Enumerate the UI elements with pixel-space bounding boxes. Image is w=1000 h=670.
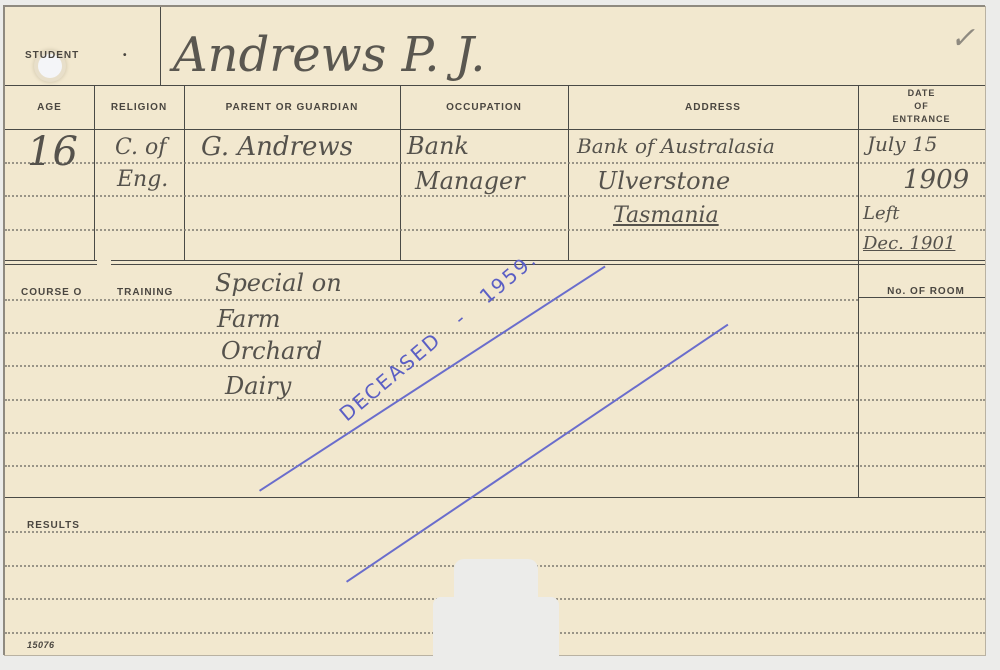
- dotted-rule: [5, 365, 985, 367]
- header-religion: RELIGION: [94, 101, 184, 114]
- entry-date-1: July 15: [867, 132, 937, 156]
- entry-date-3: Left: [863, 203, 900, 224]
- course-label-1: COURSE O: [21, 286, 82, 299]
- dotted-rule: [5, 162, 985, 164]
- dotted-rule: [5, 531, 985, 533]
- course-line-4: Dairy: [225, 372, 291, 400]
- section-line: [5, 264, 97, 265]
- student-name: Andrews P. J.: [173, 27, 486, 83]
- dotted-rule: [5, 229, 985, 231]
- dotted-rule: [5, 195, 985, 197]
- header-age: AGE: [5, 101, 94, 114]
- card-notch-lower: [433, 597, 559, 657]
- section-line: [111, 264, 985, 265]
- dotted-rule: [5, 465, 985, 467]
- student-label: STUDENT: [25, 49, 79, 62]
- header-bottom-line: [5, 129, 985, 130]
- course-label-2: TRAINING: [117, 286, 173, 299]
- room-underline: [858, 297, 985, 298]
- header-occupation: OCCUPATION: [400, 101, 568, 114]
- header-address: ADDRESS: [568, 101, 858, 114]
- name-divider: [160, 7, 161, 85]
- checkmark: ✓: [950, 21, 975, 56]
- entry-parent: G. Andrews: [201, 132, 353, 162]
- course-line-3: Orchard: [221, 337, 322, 365]
- section-line: [5, 497, 985, 498]
- entry-date-2: 1909: [903, 165, 969, 195]
- header-parent: PARENT OR GUARDIAN: [184, 101, 400, 114]
- entry-occupation-2: Manager: [415, 167, 525, 195]
- header-date-of-entrance: DATE OF ENTRANCE: [858, 87, 985, 126]
- dot-mark: •: [123, 49, 128, 62]
- dotted-rule: [5, 299, 858, 301]
- dotted-rule: [5, 399, 985, 401]
- entry-address-3: Tasmania: [613, 203, 719, 228]
- header-top-line: [5, 85, 985, 86]
- course-line-2: Farm: [217, 305, 281, 333]
- course-line-1: Special on: [215, 269, 342, 297]
- section-line: [111, 260, 985, 261]
- form-number: 15076: [27, 639, 55, 652]
- student-record-card: STUDENT • Andrews P. J. ✓ AGE RELIGION P…: [3, 5, 985, 655]
- entry-occupation-1: Bank: [407, 132, 469, 160]
- dotted-rule: [5, 432, 985, 434]
- entry-date-4: Dec. 1901: [863, 233, 955, 254]
- col-divider: [858, 85, 859, 497]
- entry-address-1: Bank of Australasia: [577, 134, 775, 158]
- entry-address-2: Ulverstone: [597, 167, 730, 195]
- entry-age: 16: [27, 129, 78, 175]
- entry-religion-1: C. of: [115, 135, 166, 160]
- dotted-rule: [5, 332, 985, 334]
- entry-religion-2: Eng.: [117, 167, 168, 192]
- section-line: [5, 260, 97, 261]
